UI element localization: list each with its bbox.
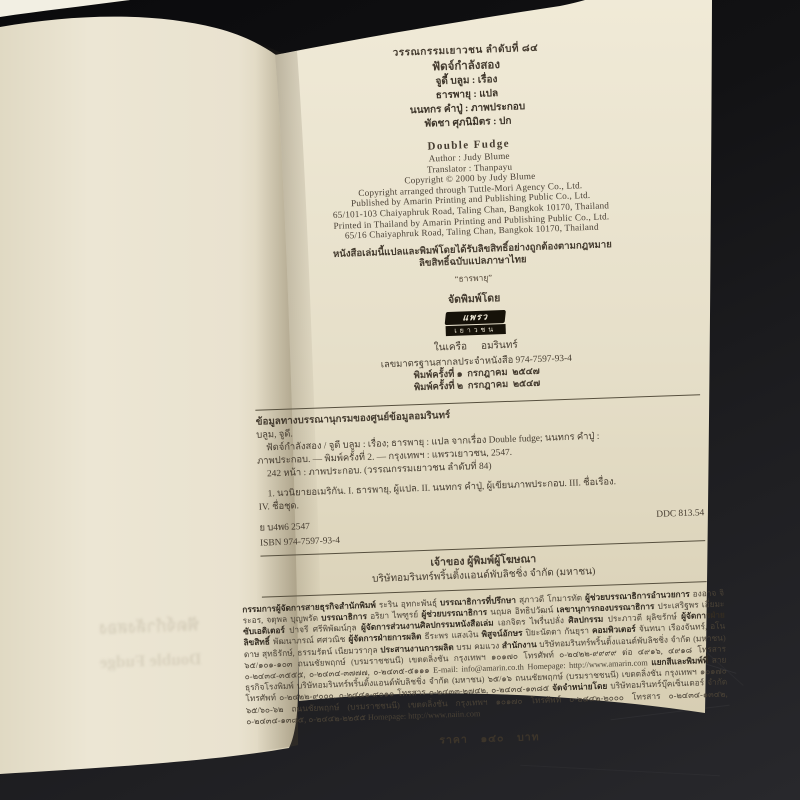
cip-block: ข้อมูลทางบรรณานุกรมของศูนย์ข้อมูลอมรินทร…: [256, 400, 704, 514]
praew-yaowachon-logo: แพรว เยาวชน: [445, 310, 506, 336]
praew-logo-subtitle: เยาวชน: [445, 324, 505, 336]
imprint-content: วรรณกรรมเยาวชน ลำดับที่ ๘๔ ฟัดจ์กำลังสอง…: [243, 36, 712, 754]
call-number: ย บ4พ6 2547: [259, 521, 310, 535]
group-name: อมรินทร์: [481, 339, 518, 351]
staff-credits-block: กรรมการผู้จัดการสายธุรกิจสำนักพิมพ์ ระริ…: [242, 587, 728, 727]
praew-logo-script: แพรว: [444, 310, 505, 325]
show-through-text: ฟัดจ์กำลังสอง Double Fudge: [39, 606, 261, 682]
ddc-number: DDC 813.54: [656, 507, 704, 521]
page-edge-sliver: [0, 0, 130, 17]
group-prefix: ในเครือ: [434, 341, 468, 353]
book-photo-scene: ฟัดจ์กำลังสอง Double Fudge วรรณกรรมเยาวช…: [0, 0, 800, 800]
